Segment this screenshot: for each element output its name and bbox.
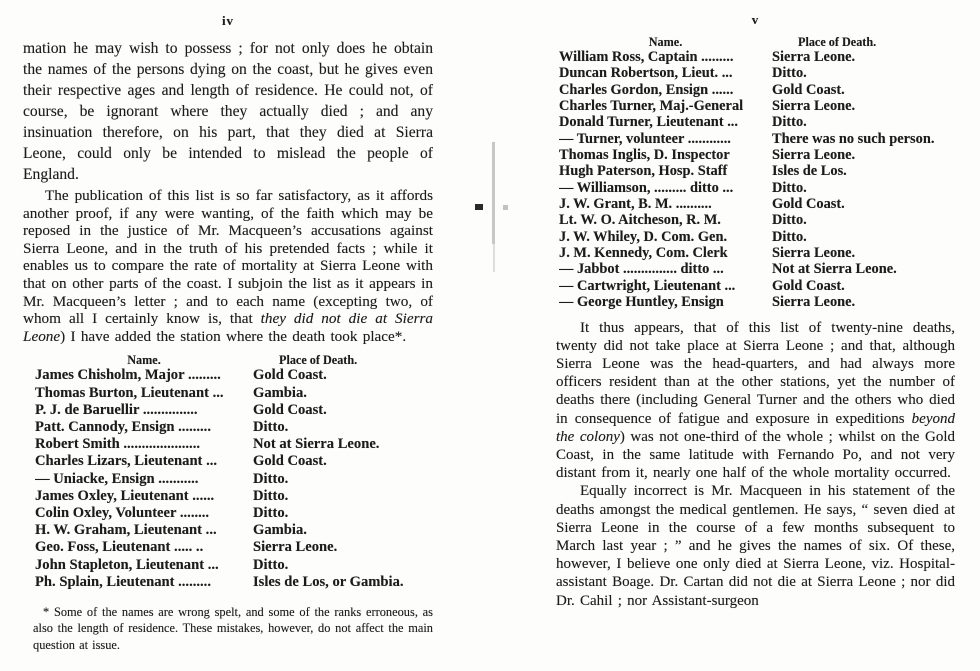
place-of-death: Ditto.: [772, 229, 955, 245]
paragraph-medical: Equally incorrect is Mr. Macqueen in his…: [556, 482, 955, 609]
place-of-death: Isles de Los.: [772, 163, 955, 179]
table-row: — George Huntley, Ensign Sierra Leone.: [559, 294, 955, 310]
officer-name: Geo. Foss, Lieutenant ..... ..: [35, 539, 253, 556]
place-of-death: Sierra Leone.: [253, 539, 433, 556]
table-row: — Williamson, ......... ditto ... Ditto.: [559, 180, 955, 196]
page-number-v: v: [556, 12, 955, 28]
officer-name: J. W. Grant, B. M. ..........: [559, 196, 772, 212]
officer-name: — Turner, volunteer ............: [559, 131, 772, 147]
table-row: P. J. de Baruellir ............... Gold …: [35, 402, 433, 419]
place-of-death: Sierra Leone.: [772, 98, 955, 114]
place-of-death: Isles de Los, or Gambia.: [253, 574, 433, 591]
table-row: — Uniacke, Ensign ........... Ditto.: [35, 471, 433, 488]
table-row: James Oxley, Lieutenant ...... Ditto.: [35, 488, 433, 505]
place-of-death: Gold Coast.: [772, 82, 955, 98]
officer-name: Charles Lizars, Lieutenant ...: [35, 453, 253, 470]
page-number-iv: iv: [23, 13, 433, 29]
scanned-book-spread: iv mation he may wish to possess ; for n…: [0, 0, 980, 671]
place-of-death: Gold Coast.: [253, 453, 433, 470]
table-row: Hugh Paterson, Hosp. Staff Isles de Los.: [559, 163, 955, 179]
scan-speck-gray: [503, 205, 508, 210]
officer-name: Duncan Robertson, Lieut. ...: [559, 65, 772, 81]
place-of-death: Ditto.: [772, 65, 955, 81]
officer-name: J. M. Kennedy, Com. Clerk: [559, 245, 772, 261]
place-of-death: Ditto.: [253, 419, 433, 436]
scan-speck-dark: [475, 204, 483, 210]
table-row: Charles Gordon, Ensign ...... Gold Coast…: [559, 82, 955, 98]
place-of-death: Ditto.: [772, 114, 955, 130]
officer-name: — George Huntley, Ensign: [559, 294, 772, 310]
place-of-death: Ditto.: [253, 505, 433, 522]
officer-name: Robert Smith .....................: [35, 436, 253, 453]
table-header: Name. Place of Death.: [559, 35, 955, 49]
place-of-death: Sierra Leone.: [772, 245, 955, 261]
officer-name: — Williamson, ......... ditto ...: [559, 180, 772, 196]
place-of-death: Gold Coast.: [772, 278, 955, 294]
table-header: Name. Place of Death.: [35, 353, 433, 367]
place-of-death: Gold Coast.: [253, 402, 433, 419]
place-of-death: Not at Sierra Leone.: [253, 436, 433, 453]
officer-name: William Ross, Captain .........: [559, 49, 772, 65]
death-list-table-iv: Name. Place of Death. James Chisholm, Ma…: [23, 353, 433, 591]
officer-name: Charles Gordon, Ensign ......: [559, 82, 772, 98]
footnote: * Some of the names are wrong spelt, and…: [23, 604, 433, 654]
page-iv: iv mation he may wish to possess ; for n…: [23, 0, 433, 653]
officer-name: J. W. Whiley, D. Com. Gen.: [559, 229, 772, 245]
officer-name: Thomas Inglis, D. Inspector: [559, 147, 772, 163]
place-of-death: Sierra Leone.: [772, 49, 955, 65]
table-row: — Turner, volunteer ............ There w…: [559, 131, 955, 147]
table-row: Duncan Robertson, Lieut. ... Ditto.: [559, 65, 955, 81]
table-row: Charles Turner, Maj.-General Sierra Leon…: [559, 98, 955, 114]
place-of-death: Ditto.: [253, 471, 433, 488]
table-row: Thomas Inglis, D. Inspector Sierra Leone…: [559, 147, 955, 163]
table-row: Ph. Splain, Lieutenant ......... Isles d…: [35, 574, 433, 591]
table-row: J. W. Whiley, D. Com. Gen. Ditto.: [559, 229, 955, 245]
table-row: J. M. Kennedy, Com. Clerk Sierra Leone.: [559, 245, 955, 261]
table-row: Patt. Cannody, Ensign ......... Ditto.: [35, 419, 433, 436]
officer-name: James Oxley, Lieutenant ......: [35, 488, 253, 505]
table-row: Charles Lizars, Lieutenant ... Gold Coas…: [35, 453, 433, 470]
officer-name: Charles Turner, Maj.-General: [559, 98, 772, 114]
paragraph-publication: The publication of this list is so far s…: [23, 187, 433, 345]
column-header-name: Name.: [35, 353, 253, 367]
page-v: v Name. Place of Death. William Ross, Ca…: [556, 0, 955, 610]
officer-name: — Jabbot ............... ditto ...: [559, 261, 772, 277]
officer-name: Donald Turner, Lieutenant ...: [559, 114, 772, 130]
paragraph-continuation: mation he may wish to possess ; for not …: [23, 38, 433, 185]
officer-name: Hugh Paterson, Hosp. Staff: [559, 163, 772, 179]
table-row: — Jabbot ............... ditto ... Not a…: [559, 261, 955, 277]
place-of-death: Not at Sierra Leone.: [772, 261, 955, 277]
place-of-death: Gold Coast.: [253, 367, 433, 384]
paragraph-text: ) I have added the station where the dea…: [60, 328, 406, 345]
place-of-death: Gold Coast.: [772, 196, 955, 212]
column-header-name: Name.: [559, 35, 772, 49]
table-row: Lt. W. O. Aitcheson, R. M. Ditto.: [559, 212, 955, 228]
table-row: — Cartwright, Lieutenant ... Gold Coast.: [559, 278, 955, 294]
place-of-death: Sierra Leone.: [772, 147, 955, 163]
place-of-death: Gambia.: [253, 522, 433, 539]
table-row: Robert Smith ..................... Not a…: [35, 436, 433, 453]
officer-name: Colin Oxley, Volunteer ........: [35, 505, 253, 522]
table-row: J. W. Grant, B. M. .......... Gold Coast…: [559, 196, 955, 212]
officer-name: James Chisholm, Major .........: [35, 367, 253, 384]
place-of-death: Ditto.: [772, 212, 955, 228]
table-body: James Chisholm, Major ......... Gold Coa…: [35, 367, 433, 591]
paragraph-text: The publication of this list is so far s…: [23, 187, 433, 327]
scan-gutter-artifact: [492, 142, 495, 244]
officer-name: Thomas Burton, Lieutenant ...: [35, 385, 253, 402]
table-row: Geo. Foss, Lieutenant ..... .. Sierra Le…: [35, 539, 433, 556]
table-body: William Ross, Captain ......... Sierra L…: [559, 49, 955, 311]
table-row: Colin Oxley, Volunteer ........ Ditto.: [35, 505, 433, 522]
officer-name: P. J. de Baruellir ...............: [35, 402, 253, 419]
table-row: H. W. Graham, Lieutenant ... Gambia.: [35, 522, 433, 539]
place-of-death: Ditto.: [772, 180, 955, 196]
paragraph-summary: It thus appears, that of this list of tw…: [556, 319, 955, 483]
table-row: Thomas Burton, Lieutenant ... Gambia.: [35, 385, 433, 402]
column-header-place: Place of Death.: [772, 35, 955, 49]
officer-name: H. W. Graham, Lieutenant ...: [35, 522, 253, 539]
officer-name: Ph. Splain, Lieutenant .........: [35, 574, 253, 591]
table-row: William Ross, Captain ......... Sierra L…: [559, 49, 955, 65]
officer-name: Patt. Cannody, Ensign .........: [35, 419, 253, 436]
officer-name: Lt. W. O. Aitcheson, R. M.: [559, 212, 772, 228]
place-of-death: Ditto.: [253, 488, 433, 505]
place-of-death: Ditto.: [253, 557, 433, 574]
table-row: Donald Turner, Lieutenant ... Ditto.: [559, 114, 955, 130]
officer-name: — Uniacke, Ensign ...........: [35, 471, 253, 488]
scan-gutter-artifact-faint: [493, 244, 495, 272]
officer-name: — Cartwright, Lieutenant ...: [559, 278, 772, 294]
table-row: James Chisholm, Major ......... Gold Coa…: [35, 367, 433, 384]
paragraph-text: It thus appears, that of this list of tw…: [556, 320, 955, 427]
table-row: John Stapleton, Lieutenant ... Ditto.: [35, 557, 433, 574]
place-of-death: Sierra Leone.: [772, 294, 955, 310]
place-of-death: There was no such person.: [772, 131, 955, 147]
officer-name: John Stapleton, Lieutenant ...: [35, 557, 253, 574]
column-header-place: Place of Death.: [253, 353, 433, 367]
place-of-death: Gambia.: [253, 385, 433, 402]
death-list-table-v: Name. Place of Death. William Ross, Capt…: [556, 35, 955, 311]
